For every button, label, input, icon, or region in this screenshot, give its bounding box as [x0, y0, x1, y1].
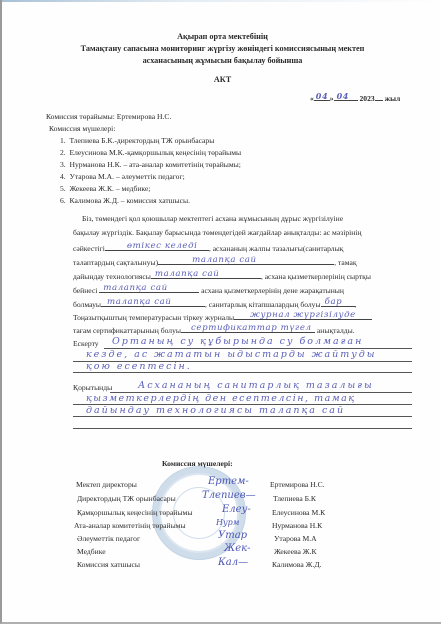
body-line-3: сәйкестігіөтікес келеді, асхананың жалпы…: [73, 242, 343, 253]
member-item: 5. Жекеева Ж.К. – медбике;: [60, 184, 150, 193]
menu-compliance-field: өтікес келеді: [105, 242, 209, 251]
date-suffix: жыл: [385, 94, 401, 103]
member-num: 2.: [60, 148, 66, 157]
conclusion-underline: [73, 428, 412, 429]
signature: Ертем-: [208, 476, 249, 487]
member-num: 3.: [60, 160, 66, 169]
signature: Утар: [218, 530, 247, 541]
date-month: 04: [337, 91, 349, 101]
cooking-technology-label: дайындау технологиясы: [73, 272, 151, 281]
sig-name: Ертемирова Н.С.: [270, 480, 325, 489]
menu-compliance-value: өтікес келеді: [127, 241, 198, 251]
sig-role: Мектеп директоры: [76, 480, 137, 489]
certificates-value: сертификаттар түгел: [191, 323, 312, 333]
text-fragment: , тамақ: [334, 258, 356, 267]
conclusion-line-1: Асхананың санитарлық тазалығы: [138, 380, 374, 391]
certificates-field: сертификаттар түгел: [181, 324, 315, 333]
signature: Жек-: [224, 543, 251, 554]
sanitary-books-value: бар: [325, 297, 343, 307]
injury-absence-label: болмауы: [73, 300, 101, 309]
date-year-blank: [375, 94, 383, 101]
note-line-2: кезде, ас жататын ыдыстарды жайтуды: [86, 349, 377, 360]
menu-compliance-label: сәйкестігі: [73, 244, 105, 253]
cleanliness-value: талапқа сай: [192, 255, 257, 265]
cleanliness-label: талаптардың сақталынуы): [73, 258, 158, 267]
fridge-log-field: журнал жүргізілуде: [234, 311, 372, 320]
appearance-value: талапқа сай: [103, 283, 168, 293]
conclusion-line-3: дайындау технологиясы талапқа сай: [86, 405, 345, 416]
signature: Тлепиев—: [202, 490, 256, 501]
sig-name: Жекеева Ж.К: [274, 547, 317, 556]
note-line-3: қою есептесін.: [86, 361, 192, 372]
member-text: Утарова М.А. – әлеуметтік педагог;: [70, 172, 185, 181]
cooking-technology-value: талапқа сай: [155, 269, 220, 279]
member-item: 4. Утарова М.А. – әлеуметтік педагог;: [60, 172, 185, 181]
text-fragment: , асхананың жалпы тазалығы(санитарлық: [209, 244, 343, 253]
scan-edge: [2, 0, 441, 2]
sig-name: Утарова М.А: [274, 534, 317, 543]
sanitary-books-field: бар: [321, 298, 355, 307]
fridge-log-label: Тоңазытқыштың температурасын тіркеу журн…: [73, 313, 234, 322]
title-line-2: асханасының жұмысын бақылау бойынша: [2, 56, 441, 65]
text-fragment: асхана қызметкерлерінің дене жарақатының: [201, 286, 344, 295]
commission-chair: Комиссия төрайымы: Ертемирова Н.С.: [46, 112, 171, 121]
body-line-4: талаптардың сақталынуы)талапқа сай, тама…: [73, 256, 357, 267]
school-name: Ақырап орта мектебінің: [2, 32, 441, 41]
member-num: 6.: [60, 196, 66, 205]
member-item: 2. Елеусинова М.К.-қамқоршылық кеңесінің…: [60, 148, 241, 157]
body-line-7: болмауыталапқа сай, санитарлық кітапшала…: [73, 298, 357, 309]
cooking-technology-field: талапқа сай: [151, 270, 261, 279]
conclusion-underline: [73, 416, 412, 417]
certificates-label: тағам сертификаттарының болуы: [73, 326, 181, 335]
body-line-1: Біз, төмендегі қол қоюшылар мектептегі а…: [82, 214, 343, 223]
sig-role: Комиссия хатшысы: [77, 560, 140, 569]
cleanliness-field: талапқа сай: [158, 256, 334, 265]
signature: Елеу-: [222, 504, 251, 515]
sig-name: Нурманова Н.К: [272, 521, 322, 530]
appearance-label: бейнесі: [73, 286, 97, 295]
appearance-field: талапқа сай: [99, 284, 199, 293]
member-text: Елеусинова М.К.-қамқоршылық кеңесінің тө…: [70, 148, 242, 157]
conclusion-line-2: қызметкерлердің ден есептелсін, тамақ: [86, 393, 356, 404]
text-fragment: , санитарлық кітапшалардың болуы: [205, 300, 321, 309]
injury-absence-field: талапқа сай: [101, 298, 205, 307]
body-line-6: бейнесі талапқа сай асхана қызметкерлері…: [73, 284, 344, 295]
injury-absence-value: талапқа сай: [107, 297, 172, 307]
body-line-5: дайындау технологиясыталапқа сай, асхана…: [73, 270, 371, 281]
text-fragment: анықталды.: [317, 326, 355, 335]
member-text: Жекеева Ж.К. – медбике;: [70, 184, 151, 193]
member-item: 1. Тлепиева Б.К.-директордың ТЖ орынбаса…: [60, 136, 214, 145]
body-line-9: тағам сертификаттарының болуысертификатт…: [73, 324, 355, 335]
member-item: 3. Нурманова Н.К. – ата-аналар комитетін…: [60, 160, 241, 169]
note-label: Ескерту: [73, 339, 99, 348]
conclusion-label: Қорытынды: [73, 383, 112, 392]
body-line-2: бақылау жүргіздік. Бақылау барысында төм…: [73, 228, 361, 237]
act-date: «04»04 2023 жыл: [310, 92, 400, 103]
note-underline: [73, 372, 412, 373]
fridge-log-value: журнал жүргізілуде: [250, 310, 356, 320]
sig-role: Қамқоршылық кеңесінің төрайымы: [77, 508, 192, 517]
date-day-field: 04: [314, 92, 330, 101]
document-page: Ақырап орта мектебінің Тамақтану сапасын…: [0, 0, 441, 624]
text-fragment: , асхана қызметкерлерінің сыртқы: [261, 272, 371, 281]
act-title: АКТ: [2, 75, 441, 84]
member-num: 5.: [60, 184, 66, 193]
signature: Кал—: [218, 557, 248, 568]
sig-name: Тлепиева Б.К: [273, 494, 316, 503]
sig-role: Медбике: [77, 547, 106, 556]
member-num: 1.: [60, 136, 66, 145]
sig-role: Ата-аналар комитетінің төрайымы: [74, 521, 186, 530]
member-item: 6. Калимова Ж.Д. – комиссия хатшысы.: [60, 196, 190, 205]
sig-name: Калимова Ж.Д.: [272, 560, 321, 569]
member-text: Калимова Ж.Д. – комиссия хатшысы.: [70, 196, 191, 205]
signature: Нурм: [216, 518, 239, 527]
sig-role: Әлеуметтік педагог: [77, 534, 140, 543]
date-day: 04: [316, 91, 328, 101]
member-num: 4.: [60, 172, 66, 181]
body-line-8: Тоңазытқыштың температурасын тіркеу журн…: [73, 311, 372, 322]
title-line-1: Тамақтану сапасына мониторинг жүргізу жө…: [2, 44, 441, 53]
sig-role: Директордың ТЖ орынбасары: [77, 494, 176, 503]
note-line-1: Ортаның су құбырында су болмаған: [112, 336, 363, 347]
commission-members-label: Комиссия мүшелері:: [49, 124, 115, 133]
text-fragment: ,: [355, 300, 357, 309]
date-year: 2023: [360, 94, 375, 103]
sig-name: Елеусинова М.К: [272, 508, 325, 517]
member-text: Нурманова Н.К. – ата-аналар комитетінің …: [70, 160, 241, 169]
date-month-field: 04: [334, 92, 358, 101]
member-text: Тлепиева Б.К.-директордың ТЖ орынбасары: [70, 136, 215, 145]
